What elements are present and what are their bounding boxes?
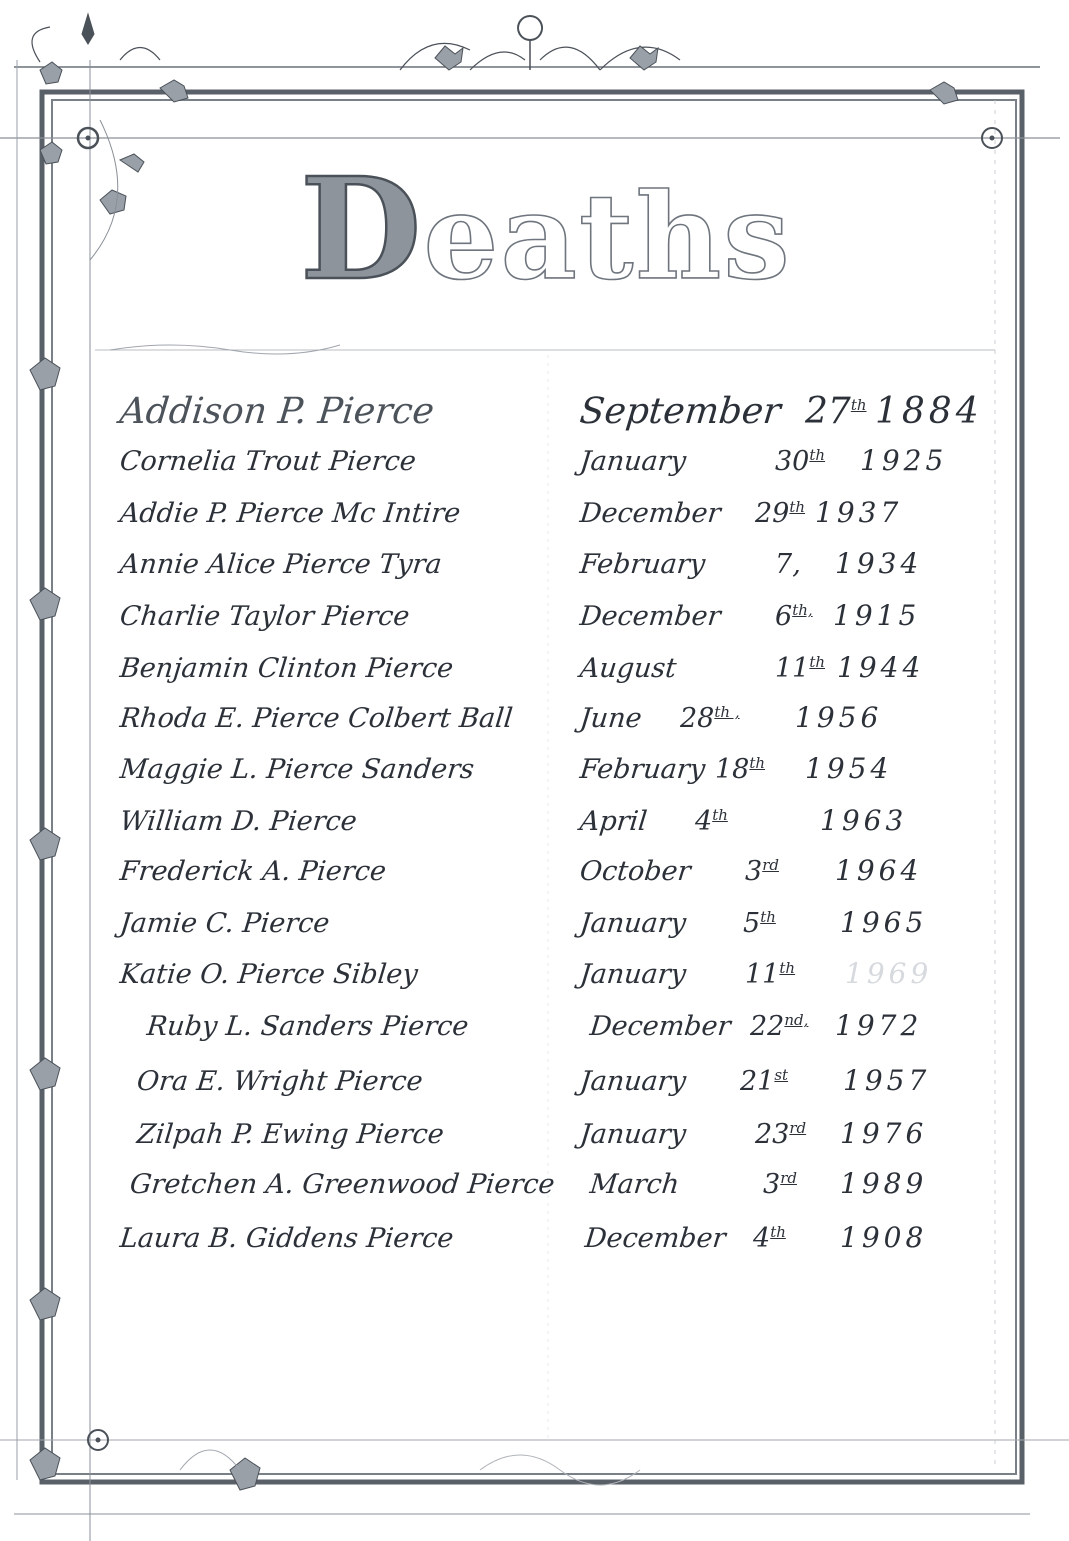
title-initial: D: [300, 148, 423, 312]
entry-day: 7,: [775, 549, 801, 580]
entry-month: August: [578, 653, 678, 684]
entry-year: 1925: [860, 444, 947, 477]
entry-day: 28th ,: [680, 703, 740, 734]
entry-day: 18th: [715, 754, 765, 785]
entry-year: 1937: [815, 496, 902, 529]
death-entry: Annie Alice Pierce Tyra February 7, 1934: [115, 528, 995, 580]
entry-day: 11th: [775, 653, 825, 684]
death-entry: Benjamin Clinton Pierce August 11th 1944: [115, 632, 995, 684]
entry-year: 1963: [820, 804, 907, 837]
entry-month: January: [578, 1066, 687, 1097]
entry-year: 1934: [835, 547, 922, 580]
entry-year: 1965: [840, 906, 927, 939]
death-entry: Rhoda E. Pierce Colbert Ball June 28th ,…: [115, 682, 995, 734]
death-entry: Gretchen A. Greenwood Pierce March 3rd 1…: [115, 1148, 995, 1200]
entry-name: William D. Pierce: [118, 806, 358, 837]
entry-name: Gretchen A. Greenwood Pierce: [128, 1169, 556, 1200]
entry-month: January: [578, 446, 687, 477]
entry-month: April: [578, 806, 648, 837]
death-entry: William D. Pierce April 4th 1963: [115, 785, 995, 837]
entry-name: Charlie Taylor Pierce: [118, 601, 411, 632]
entry-day: 22nd,: [750, 1011, 808, 1042]
page-title: Deaths: [300, 150, 760, 310]
death-entry: Jamie C. Pierce January 5th 1965: [115, 887, 995, 939]
title-rest: eaths: [423, 167, 791, 306]
entry-year: 1908: [840, 1221, 927, 1254]
entry-day: 6th,: [775, 601, 813, 632]
entry-year: 1989: [840, 1167, 927, 1200]
death-entry: Ruby L. Sanders Pierce December 22nd, 19…: [115, 990, 995, 1042]
entry-month: March: [588, 1169, 680, 1200]
entry-month: December: [583, 1223, 727, 1254]
entry-year: 1915: [833, 599, 920, 632]
entry-day: 11th: [745, 959, 795, 990]
entry-month: February: [578, 549, 706, 580]
entry-day: 29th: [755, 498, 805, 529]
death-entry: Addie P. Pierce Mc Intire December 29th …: [115, 477, 995, 529]
entry-name: Addie P. Pierce Mc Intire: [118, 498, 462, 529]
entry-name: Jamie C. Pierce: [118, 908, 331, 939]
death-entry: Ora E. Wright Pierce January 21st 1957: [115, 1045, 995, 1097]
entry-name: Annie Alice Pierce Tyra: [118, 549, 443, 580]
entry-name: Zilpah P. Ewing Pierce: [135, 1119, 445, 1150]
entry-day: 23rd: [755, 1119, 806, 1150]
death-entry: Maggie L. Pierce Sanders February 18th 1…: [115, 733, 995, 785]
entry-year: 1976: [840, 1117, 927, 1150]
entry-name: Laura B. Giddens Pierce: [118, 1223, 455, 1254]
death-entry: Frederick A. Pierce October 3rd 1964: [115, 835, 995, 887]
entry-month: December: [588, 1011, 732, 1042]
entry-day: 21st: [740, 1066, 788, 1097]
entry-month: January: [578, 908, 687, 939]
death-entry: Cornelia Trout Pierce January 30th 1925: [115, 425, 995, 477]
entry-day: 4th: [753, 1223, 786, 1254]
entry-year: 1954: [805, 752, 892, 785]
entry-month: January: [578, 1119, 687, 1150]
entry-month: June: [578, 703, 643, 734]
entry-name: Benjamin Clinton Pierce: [118, 653, 454, 684]
entry-day: 3rd: [763, 1169, 797, 1200]
entry-year: 1957: [843, 1064, 930, 1097]
entry-month: January: [578, 959, 687, 990]
death-entry: Laura B. Giddens Pierce December 4th 190…: [115, 1202, 995, 1254]
entry-day: 5th: [743, 908, 776, 939]
entry-month: December: [578, 498, 722, 529]
entry-name: Rhoda E. Pierce Colbert Ball: [118, 703, 514, 734]
death-entry: Zilpah P. Ewing Pierce January 23rd 1976: [115, 1098, 995, 1150]
death-entry: Katie O. Pierce Sibley January 11th 1969: [115, 938, 995, 990]
entry-month: December: [578, 601, 722, 632]
entry-name: Frederick A. Pierce: [118, 856, 387, 887]
entry-name: Ruby L. Sanders Pierce: [145, 1011, 470, 1042]
entry-year: 1956: [795, 701, 882, 734]
entry-name: Ora E. Wright Pierce: [135, 1066, 424, 1097]
deaths-register-page: Deaths Addison P. Pierce September 27th …: [0, 0, 1069, 1541]
entry-month: October: [578, 856, 692, 887]
entry-month: February: [578, 754, 706, 785]
entry-day: 30th: [775, 446, 825, 477]
entry-year: 1969: [845, 957, 932, 990]
entry-year: 1944: [837, 651, 924, 684]
entry-name: Maggie L. Pierce Sanders: [118, 754, 475, 785]
entry-year: 1964: [835, 854, 922, 887]
entry-name: Katie O. Pierce Sibley: [118, 959, 419, 990]
entry-day: 3rd: [745, 856, 779, 887]
entry-name: Cornelia Trout Pierce: [118, 446, 417, 477]
entry-year: 1972: [835, 1009, 922, 1042]
entry-day: 4th: [695, 806, 728, 837]
death-entry: Charlie Taylor Pierce December 6th, 1915: [115, 580, 995, 632]
